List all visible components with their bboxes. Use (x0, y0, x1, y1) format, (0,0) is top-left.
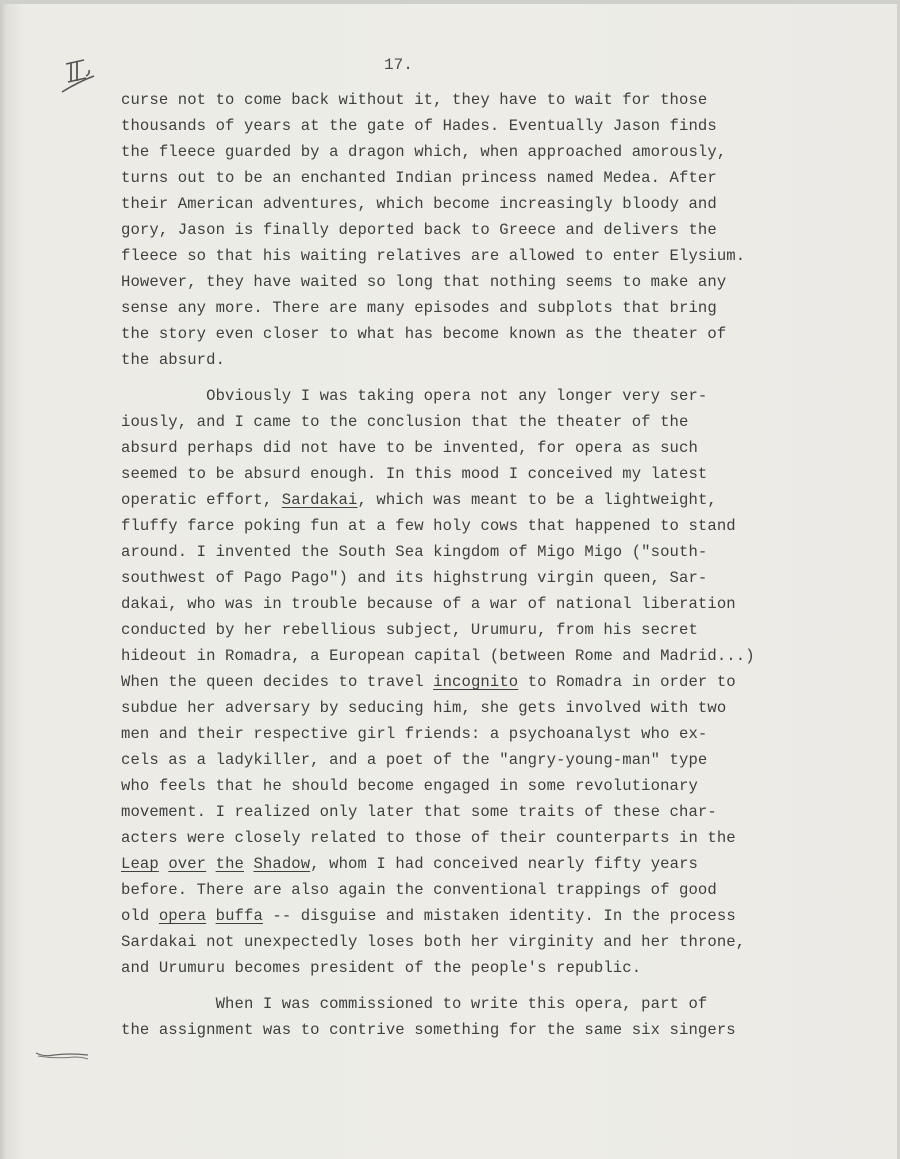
text-run: hideout in Romadra, a European capital (… (121, 647, 755, 665)
text-run: When the queen decides to travel (121, 673, 433, 691)
text-run: -- disguise and mistaken identity. In th… (263, 907, 736, 925)
underlined-title: buffa (216, 907, 263, 925)
text-line: old opera buffa -- disguise and mistaken… (121, 903, 881, 929)
text-line: and Urumuru becomes president of the peo… (121, 955, 881, 981)
paragraph-gap (121, 981, 881, 991)
paragraph: Obviously I was taking opera not any lon… (121, 383, 881, 981)
underlined-title: Sardakai (282, 491, 358, 509)
text-line: their American adventures, which become … (121, 191, 881, 217)
text-run: turns out to be an enchanted Indian prin… (121, 169, 717, 187)
text-run: men and their respective girl friends: a… (121, 725, 707, 743)
text-line: sense any more. There are many episodes … (121, 295, 881, 321)
text-line: iously, and I came to the conclusion tha… (121, 409, 881, 435)
text-line: before. There are also again the convent… (121, 877, 881, 903)
margin-annotation (58, 50, 108, 90)
text-line: hideout in Romadra, a European capital (… (121, 643, 881, 669)
text-line: operatic effort, Sardakai, which was mea… (121, 487, 881, 513)
text-run: movement. I realized only later that som… (121, 803, 717, 821)
typewritten-body: curse not to come back without it, they … (121, 87, 881, 1043)
text-line: gory, Jason is finally deported back to … (121, 217, 881, 243)
underlined-title: the (216, 855, 244, 873)
paragraph: When I was commissioned to write this op… (121, 991, 881, 1043)
underlined-title: incognito (433, 673, 518, 691)
paragraph: curse not to come back without it, they … (121, 87, 881, 373)
text-line: southwest of Pago Pago") and its highstr… (121, 565, 881, 591)
text-line: subdue her adversary by seducing him, sh… (121, 695, 881, 721)
text-run: conducted by her rebellious subject, Uru… (121, 621, 698, 639)
pencil-mark-icon (34, 1050, 94, 1062)
text-line: However, they have waited so long that n… (121, 269, 881, 295)
text-run: before. There are also again the convent… (121, 881, 717, 899)
text-run: Obviously I was taking opera not any lon… (121, 387, 707, 405)
document-page: 17. curse not to come back without it, t… (0, 0, 900, 1159)
text-run: curse not to come back without it, they … (121, 91, 707, 109)
text-line: who feels that he should become engaged … (121, 773, 881, 799)
text-line: Obviously I was taking opera not any lon… (121, 383, 881, 409)
text-run (159, 855, 168, 873)
text-line: Leap over the Shadow, whom I had conceiv… (121, 851, 881, 877)
text-line: the fleece guarded by a dragon which, wh… (121, 139, 881, 165)
text-run: , which was meant to be a lightweight, (357, 491, 716, 509)
text-line: absurd perhaps did not have to be invent… (121, 435, 881, 461)
text-line: turns out to be an enchanted Indian prin… (121, 165, 881, 191)
text-run: their American adventures, which become … (121, 195, 717, 213)
underlined-title: opera (159, 907, 206, 925)
text-run: However, they have waited so long that n… (121, 273, 726, 291)
text-run (206, 855, 215, 873)
text-run: seemed to be absurd enough. In this mood… (121, 465, 707, 483)
text-line: fluffy farce poking fun at a few holy co… (121, 513, 881, 539)
text-run: , whom I had conceived nearly fifty year… (310, 855, 698, 873)
text-line: men and their respective girl friends: a… (121, 721, 881, 747)
text-line: fleece so that his waiting relatives are… (121, 243, 881, 269)
text-line: curse not to come back without it, they … (121, 87, 881, 113)
text-run: the absurd. (121, 351, 225, 369)
text-run: dakai, who was in trouble because of a w… (121, 595, 736, 613)
text-line: When I was commissioned to write this op… (121, 991, 881, 1017)
text-line: around. I invented the South Sea kingdom… (121, 539, 881, 565)
text-run: When I was commissioned to write this op… (121, 995, 707, 1013)
underlined-title: over (168, 855, 206, 873)
text-run: fluffy farce poking fun at a few holy co… (121, 517, 736, 535)
text-run: southwest of Pago Pago") and its highstr… (121, 569, 707, 587)
text-line: seemed to be absurd enough. In this mood… (121, 461, 881, 487)
text-run: subdue her adversary by seducing him, sh… (121, 699, 726, 717)
text-run: operatic effort, (121, 491, 282, 509)
text-run: gory, Jason is finally deported back to … (121, 221, 717, 239)
text-run: old (121, 907, 159, 925)
text-run: cels as a ladykiller, and a poet of the … (121, 751, 707, 769)
page-number: 17. (384, 56, 413, 74)
text-run: around. I invented the South Sea kingdom… (121, 543, 707, 561)
text-run: to Romadra in order to (518, 673, 736, 691)
text-line: dakai, who was in trouble because of a w… (121, 591, 881, 617)
text-run: thousands of years at the gate of Hades.… (121, 117, 717, 135)
text-line: the story even closer to what has become… (121, 321, 881, 347)
text-run: sense any more. There are many episodes … (121, 299, 717, 317)
text-line: acters were closely related to those of … (121, 825, 881, 851)
text-run: fleece so that his waiting relatives are… (121, 247, 745, 265)
text-run: absurd perhaps did not have to be invent… (121, 439, 698, 457)
text-run: Sardakai not unexpectedly loses both her… (121, 933, 745, 951)
paragraph-gap (121, 373, 881, 383)
text-line: When the queen decides to travel incogni… (121, 669, 881, 695)
text-run: acters were closely related to those of … (121, 829, 736, 847)
handwritten-roman-numeral-icon (58, 50, 108, 94)
text-line: thousands of years at the gate of Hades.… (121, 113, 881, 139)
text-line: the assignment was to contrive something… (121, 1017, 881, 1043)
text-run: and Urumuru becomes president of the peo… (121, 959, 641, 977)
text-run: iously, and I came to the conclusion tha… (121, 413, 688, 431)
text-line: conducted by her rebellious subject, Uru… (121, 617, 881, 643)
text-line: the absurd. (121, 347, 881, 373)
text-line: movement. I realized only later that som… (121, 799, 881, 825)
text-run: the story even closer to what has become… (121, 325, 726, 343)
text-run (206, 907, 215, 925)
underlined-title: Leap (121, 855, 159, 873)
text-run: the fleece guarded by a dragon which, wh… (121, 143, 726, 161)
text-line: cels as a ladykiller, and a poet of the … (121, 747, 881, 773)
text-run: who feels that he should become engaged … (121, 777, 698, 795)
text-line: Sardakai not unexpectedly loses both her… (121, 929, 881, 955)
underlined-title: Shadow (253, 855, 310, 873)
text-run: the assignment was to contrive something… (121, 1021, 736, 1039)
